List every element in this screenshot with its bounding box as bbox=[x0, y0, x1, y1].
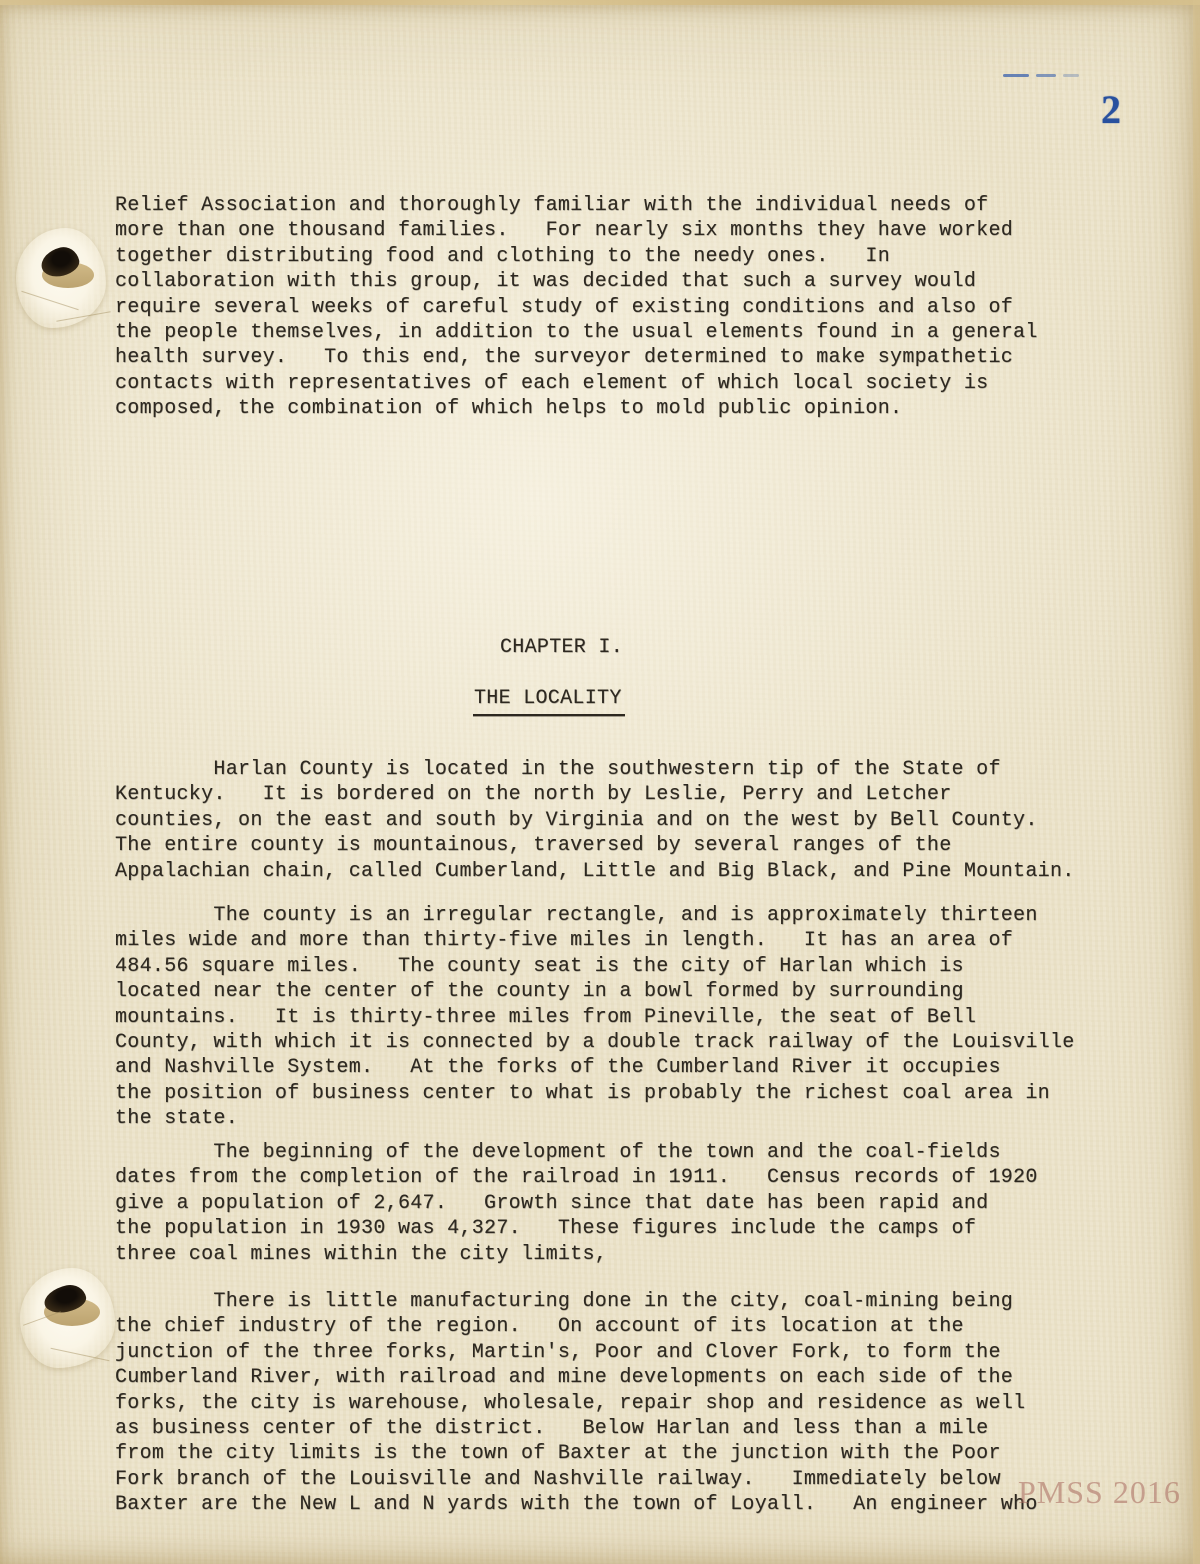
text-line: counties, on the east and south by Virgi… bbox=[115, 808, 1075, 833]
text-line: contacts with representatives of each el… bbox=[115, 371, 1038, 396]
text-line: forks, the city is warehouse, wholesale,… bbox=[115, 1391, 1038, 1416]
section-heading: THE LOCALITY bbox=[473, 687, 625, 716]
text-line: collaboration with this group, it was de… bbox=[115, 269, 1038, 294]
text-line: Kentucky. It is bordered on the north by… bbox=[115, 782, 1075, 807]
text-line: composed, the combination of which helps… bbox=[115, 396, 1038, 421]
text-line: Relief Association and thoroughly famili… bbox=[115, 193, 1038, 218]
text-line: as business center of the district. Belo… bbox=[115, 1416, 1038, 1441]
text-line: dates from the completion of the railroa… bbox=[115, 1165, 1038, 1190]
text-line: Appalachian chain, called Cumberland, Li… bbox=[115, 859, 1075, 884]
paragraph-manufacturing: There is little manufacturing done in th… bbox=[115, 1289, 1038, 1518]
text-line: the population in 1930 was 4,327. These … bbox=[115, 1216, 1038, 1241]
text-line: junction of the three forks, Martin's, P… bbox=[115, 1340, 1038, 1365]
text-line: require several weeks of careful study o… bbox=[115, 295, 1038, 320]
text-line: mountains. It is thirty-three miles from… bbox=[115, 1005, 1075, 1030]
paragraph-town-development: The beginning of the development of the … bbox=[115, 1140, 1038, 1267]
text-line: located near the center of the county in… bbox=[115, 979, 1075, 1004]
paragraph-intro: Relief Association and thoroughly famili… bbox=[115, 193, 1038, 422]
punch-hole-top bbox=[16, 228, 106, 328]
text-line: from the city limits is the town of Baxt… bbox=[115, 1441, 1038, 1466]
pen-dash bbox=[1036, 74, 1056, 77]
paragraph-county-geography: The county is an irregular rectangle, an… bbox=[115, 903, 1075, 1132]
text-line: together distributing food and clothing … bbox=[115, 244, 1038, 269]
text-line: Harlan County is located in the southwes… bbox=[115, 757, 1075, 782]
pen-dash bbox=[1063, 74, 1079, 77]
pen-dash bbox=[1003, 74, 1029, 77]
paragraph-harlan-county: Harlan County is located in the southwes… bbox=[115, 757, 1075, 884]
punch-hole-bottom bbox=[20, 1268, 115, 1373]
scanned-document-page: 2 Relief Association and thoroughly fami… bbox=[0, 0, 1200, 1564]
watermark: PMSS 2016 bbox=[1018, 1474, 1181, 1511]
text-line: the position of business center to what … bbox=[115, 1081, 1075, 1106]
text-line: The county is an irregular rectangle, an… bbox=[115, 903, 1075, 928]
text-line: the people themselves, in addition to th… bbox=[115, 320, 1038, 345]
text-line: There is little manufacturing done in th… bbox=[115, 1289, 1038, 1314]
paper-right-edge bbox=[1193, 0, 1200, 1564]
text-line: Cumberland River, with railroad and mine… bbox=[115, 1365, 1038, 1390]
text-line: three coal mines within the city limits, bbox=[115, 1242, 1038, 1267]
blue-pen-dash-mark bbox=[1003, 74, 1093, 82]
text-line: The beginning of the development of the … bbox=[115, 1140, 1038, 1165]
text-line: health survey. To this end, the surveyor… bbox=[115, 345, 1038, 370]
text-line: more than one thousand families. For nea… bbox=[115, 218, 1038, 243]
chapter-heading: CHAPTER I. bbox=[500, 636, 623, 660]
text-line: the chief industry of the region. On acc… bbox=[115, 1314, 1038, 1339]
paper-top-edge bbox=[0, 0, 1200, 5]
text-line: Baxter are the New L and N yards with th… bbox=[115, 1492, 1038, 1517]
text-line: give a population of 2,647. Growth since… bbox=[115, 1191, 1038, 1216]
text-line: County, with which it is connected by a … bbox=[115, 1030, 1075, 1055]
text-line: miles wide and more than thirty-five mil… bbox=[115, 928, 1075, 953]
text-line: and Nashville System. At the forks of th… bbox=[115, 1055, 1075, 1080]
text-line: Fork branch of the Louisville and Nashvi… bbox=[115, 1467, 1038, 1492]
text-line: The entire county is mountainous, traver… bbox=[115, 833, 1075, 858]
text-line: the state. bbox=[115, 1106, 1075, 1131]
page-number: 2 bbox=[1101, 86, 1121, 133]
text-line: 484.56 square miles. The county seat is … bbox=[115, 954, 1075, 979]
